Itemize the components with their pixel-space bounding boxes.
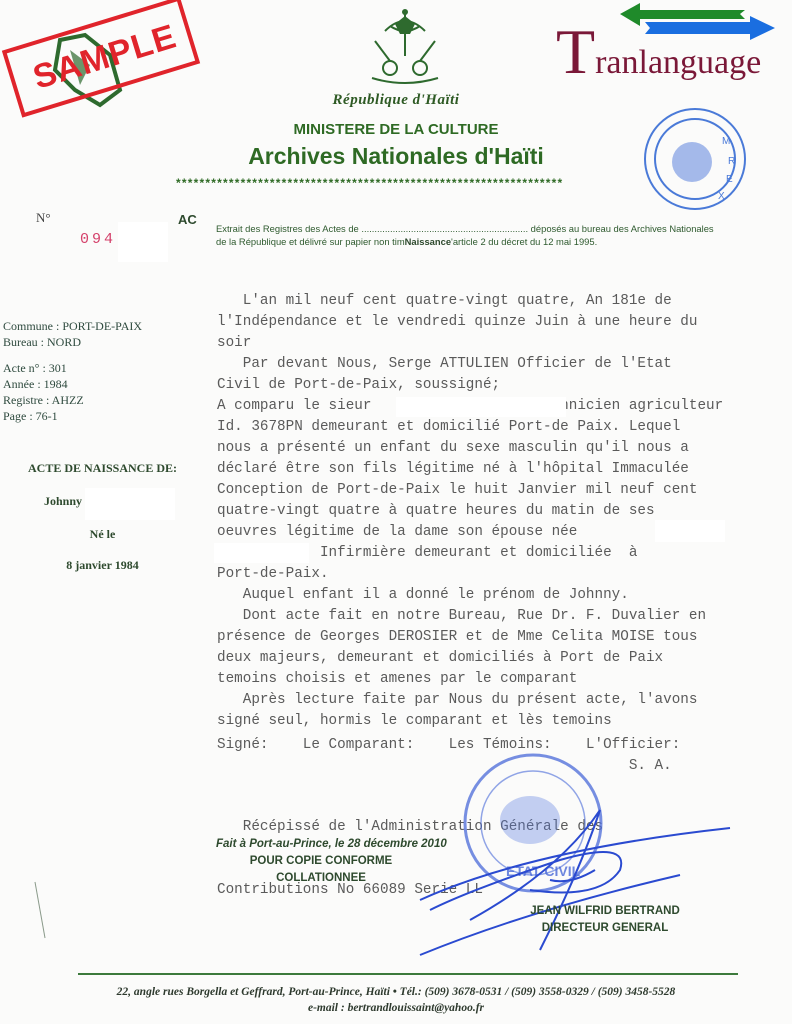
tranlanguage-logo: Tranlanguage: [556, 20, 761, 84]
body-line: L'an mil neuf cent quatre-vingt quatre, …: [217, 291, 787, 312]
margin-mark-icon: [30, 880, 50, 940]
star-divider: ****************************************…: [176, 176, 636, 190]
logo-rest: ranlanguage: [595, 44, 761, 81]
act-body: L'an mil neuf cent quatre-vingt quatre, …: [217, 291, 787, 732]
director-block: JEAN WILFRID BERTRAND DIRECTEUR GENERAL: [500, 903, 710, 937]
svg-text:E: E: [726, 174, 733, 185]
body-line: Port-de-Paix.: [217, 564, 787, 585]
extract-line-1: Extrait des Registres des Actes de .....…: [216, 222, 776, 235]
document-number: 094: [80, 231, 116, 248]
body-line: Dont acte fait en notre Bureau, Rue Dr. …: [217, 606, 787, 627]
body-line: signé seul, hormis le comparant et lès t…: [217, 711, 787, 732]
page: Page : 76-1: [3, 408, 208, 424]
body-line: déclaré être son fils légitime né à l'hô…: [217, 459, 787, 480]
body-line: Civil de Port-de-Paix, soussigné;: [217, 375, 787, 396]
footer-email: e-mail : bertrandlouissaint@yahoo.fr: [0, 1000, 792, 1016]
act-type-overlay: Naissance: [405, 236, 451, 247]
body-line: Auquel enfant il a donné le prénom de Jo…: [217, 585, 787, 606]
redaction-box: [214, 543, 309, 563]
commune: Commune : PORT-DE-PAIX: [3, 318, 208, 334]
logo-initial: T: [556, 16, 595, 87]
body-line: nous a présenté un enfant du sexe mascul…: [217, 438, 787, 459]
extract-notice: Extrait des Registres des Actes de .....…: [216, 222, 776, 248]
bureau: Bureau : NORD: [3, 334, 208, 350]
body-line: l'Indépendance et le vendredi quinze Jui…: [217, 312, 787, 333]
redaction-box: [655, 520, 725, 542]
body-line: deux majeurs, demeurant et domiciliés à …: [217, 648, 787, 669]
director-signature-icon: [410, 790, 740, 980]
svg-text:X: X: [718, 191, 725, 202]
svg-text:M: M: [722, 136, 730, 147]
body-line: soir: [217, 333, 787, 354]
body-line: Après lecture faite par Nous du présent …: [217, 690, 787, 711]
redaction-box: [396, 397, 566, 417]
director-title: DIRECTEUR GENERAL: [500, 920, 710, 937]
body-line: Conception de Port-de-Paix le huit Janvi…: [217, 480, 787, 501]
certification: POUR COPIE CONFORME COLLATIONNEE: [216, 853, 426, 887]
body-line: présence de Georges DEROSIER et de Mme C…: [217, 627, 787, 648]
coat-of-arms-icon: [360, 6, 450, 88]
acte-number: Acte n° : 301: [3, 360, 208, 376]
extract-line-2: de la République et délivré sur papier n…: [216, 235, 776, 248]
official-seal-icon: M R E X: [640, 104, 750, 214]
body-line: temoins choisis et amenes par le compara…: [217, 669, 787, 690]
redaction-box: [85, 488, 175, 520]
footer-divider: [78, 973, 738, 975]
birth-date: 8 janvier 1984: [0, 558, 205, 573]
birth-act-heading: ACTE DE NAISSANCE DE:: [0, 461, 205, 476]
svg-text:R: R: [728, 156, 735, 167]
number-label: N°: [36, 210, 51, 226]
footer-address: 22, angle rues Borgella et Geffrard, Por…: [0, 984, 792, 1000]
register: Registre : AHZZ: [3, 392, 208, 408]
body-line: quatre-vingt quatre à quatre heures du m…: [217, 501, 787, 522]
footer-contact: 22, angle rues Borgella et Geffrard, Por…: [0, 984, 792, 1016]
redaction-box: [118, 222, 168, 262]
body-line: Id. 3678PN demeurant et domicilié Port-d…: [217, 417, 787, 438]
child-name: Johnny: [44, 494, 82, 509]
register-details: Commune : PORT-DE-PAIX Bureau : NORD Act…: [3, 318, 208, 424]
director-name: JEAN WILFRID BERTRAND: [500, 903, 710, 920]
ac-label: AC: [178, 212, 197, 227]
born-label: Né le: [0, 527, 205, 542]
year: Année : 1984: [3, 376, 208, 392]
place-and-date: Fait à Port-au-Prince, le 28 décembre 20…: [216, 838, 447, 850]
body-line: Par devant Nous, Serge ATTULIEN Officier…: [217, 354, 787, 375]
